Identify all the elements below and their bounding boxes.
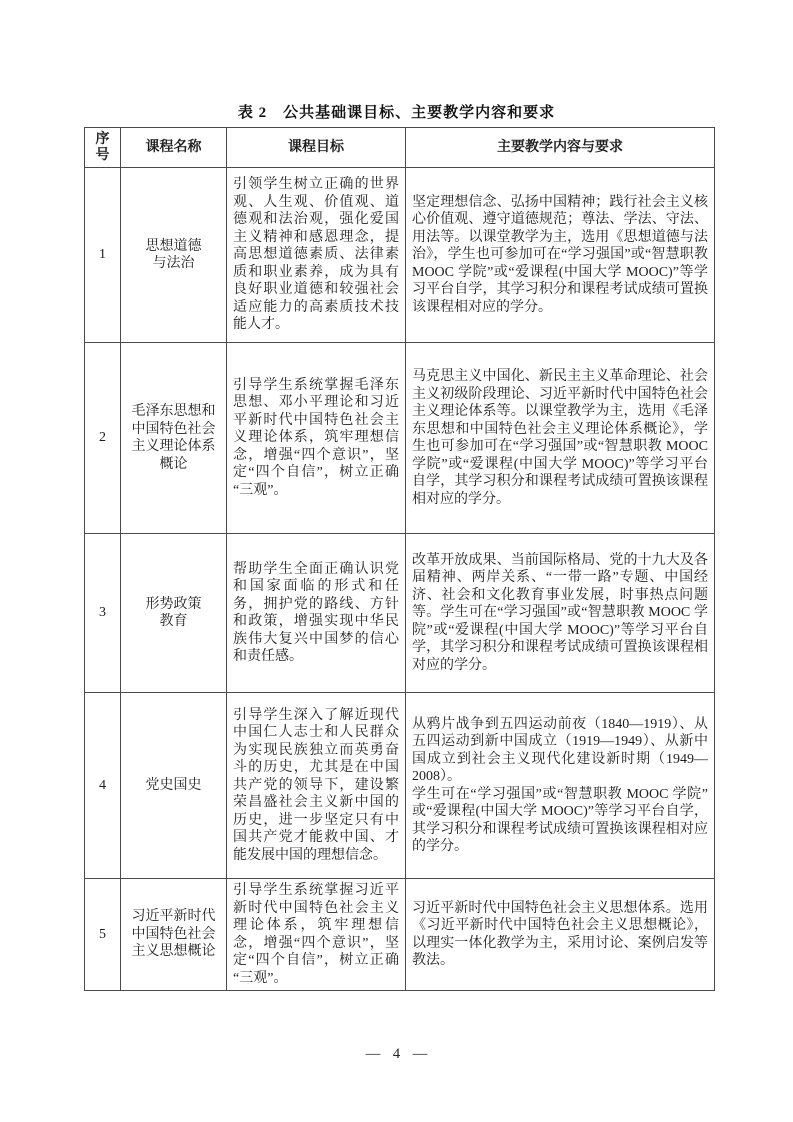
cell-index: 2 xyxy=(85,343,121,534)
table-row: 4 党史国史 引导学生深入了解近现代中国仁人志士和人民群众为实现民族独立而英勇奋… xyxy=(85,693,715,879)
header-row: 序 号 课程名称 课程目标 主要教学内容与要求 xyxy=(85,128,715,168)
cell-course-name: 习近平新时代 中国特色社会 主义思想概论 xyxy=(121,879,227,991)
cell-course-goal: 引导学生系统掌握习近平新时代中国特色社会主义理论体系，筑牢理想信念，增强“四个意… xyxy=(227,879,406,991)
page-number: — 4 — xyxy=(0,1046,793,1063)
cell-index: 5 xyxy=(85,879,121,991)
cell-teaching-content: 马克思主义中国化、新民主主义革命理论、社会主义初级阶段理论、习近平新时代中国特色… xyxy=(406,343,715,534)
document-page: 表 2 公共基础课目标、主要教学内容和要求 序 号 课程名称 课程目标 主要教学… xyxy=(0,0,793,1122)
cell-index: 4 xyxy=(85,693,121,879)
table-body: 1 思想道德 与法治 引领学生树立正确的世界观、人生观、价值观、道德观和法治观，… xyxy=(85,168,715,991)
header-cell-course-goal: 课程目标 xyxy=(227,128,406,168)
cell-course-goal: 引领学生树立正确的世界观、人生观、价值观、道德观和法治观，强化爱国主义精神和感恩… xyxy=(227,168,406,343)
header-cell-teaching-content: 主要教学内容与要求 xyxy=(406,128,715,168)
cell-course-name: 毛泽东思想和 中国特色社会 主义理论体系 概论 xyxy=(121,343,227,534)
cell-teaching-content: 改革开放成果、当前国际格局、党的十九大及各届精神、两岸关系、“一带一路”专题、中… xyxy=(406,534,715,693)
course-table: 序 号 课程名称 课程目标 主要教学内容与要求 1 思想道德 与法治 引领学生树… xyxy=(84,127,715,991)
table-row: 5 习近平新时代 中国特色社会 主义思想概论 引导学生系统掌握习近平新时代中国特… xyxy=(85,879,715,991)
table-caption: 表 2 公共基础课目标、主要教学内容和要求 xyxy=(0,101,793,122)
cell-course-goal: 引导学生深入了解近现代中国仁人志士和人民群众为实现民族独立而英勇奋斗的历史，尤其… xyxy=(227,693,406,879)
cell-teaching-content: 从鸦片战争到五四运动前夜（1840—1919）、从五四运动到新中国成立（1919… xyxy=(406,693,715,879)
cell-course-goal: 帮助学生全面正确认识党和国家面临的形式和任务，拥护党的路线、方针和政策，增强实现… xyxy=(227,534,406,693)
cell-index: 1 xyxy=(85,168,121,343)
table-row: 3 形势政策 教育 帮助学生全面正确认识党和国家面临的形式和任务，拥护党的路线、… xyxy=(85,534,715,693)
cell-teaching-content: 坚定理想信念、弘扬中国精神；践行社会主义核心价值观、遵守道德规范；尊法、学法、守… xyxy=(406,168,715,343)
cell-course-name: 党史国史 xyxy=(121,693,227,879)
table-header: 序 号 课程名称 课程目标 主要教学内容与要求 xyxy=(85,128,715,168)
cell-course-goal: 引导学生系统掌握毛泽东思想、邓小平理论和习近平新时代中国特色社会主义理论体系，筑… xyxy=(227,343,406,534)
cell-course-name: 形势政策 教育 xyxy=(121,534,227,693)
table-row: 1 思想道德 与法治 引领学生树立正确的世界观、人生观、价值观、道德观和法治观，… xyxy=(85,168,715,343)
header-cell-index: 序 号 xyxy=(85,128,121,168)
header-cell-course-name: 课程名称 xyxy=(121,128,227,168)
cell-course-name: 思想道德 与法治 xyxy=(121,168,227,343)
cell-index: 3 xyxy=(85,534,121,693)
cell-teaching-content: 习近平新时代中国特色社会主义思想体系。选用《习近平新时代中国特色社会主义思想概论… xyxy=(406,879,715,991)
table-row: 2 毛泽东思想和 中国特色社会 主义理论体系 概论 引导学生系统掌握毛泽东思想、… xyxy=(85,343,715,534)
